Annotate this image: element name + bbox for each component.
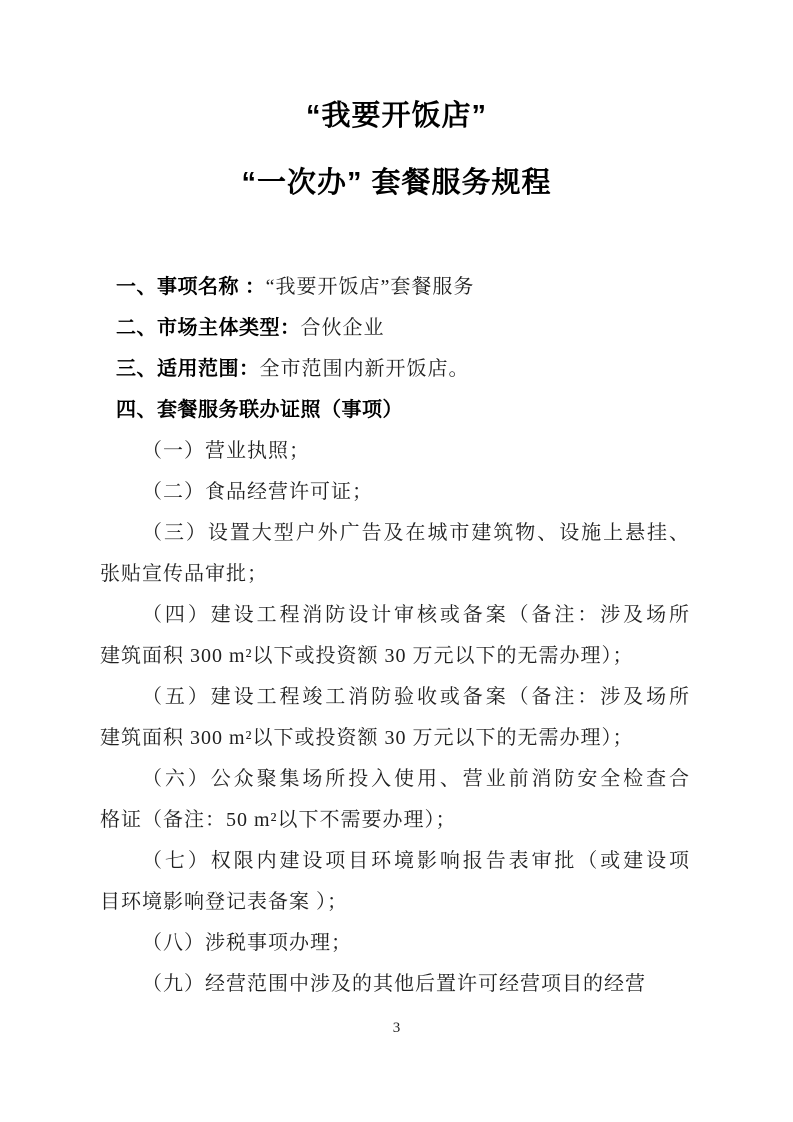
title-line-1: “我要开饭店”	[0, 83, 793, 150]
list-item: （一）营业执照；	[100, 431, 690, 472]
heading-value: 合伙企业	[301, 317, 385, 339]
item-line: （八）涉税事项办理；	[100, 923, 690, 964]
document-page: “我要开饭店” “一次办” 套餐服务规程 一、事项名称 ：“我要开饭店”套餐服务…	[0, 0, 793, 1122]
list-item: （七）权限内建设项目环境影响报告表审批（或建设项目环境影响登记表备案 ）；	[100, 841, 690, 923]
item-line: （七）权限内建设项目环境影响报告表审批（或建设项	[100, 841, 690, 882]
headings: 一、事项名称 ：“我要开饭店”套餐服务二、市场主体类型：合伙企业三、适用范围：全…	[100, 267, 690, 431]
item-line: （四）建设工程消防设计审核或备案（备注：涉及场所	[100, 595, 690, 636]
heading-label: 二、市场主体类型：	[116, 317, 301, 339]
item-line: 格证（备注：50 m²以下不需要办理）；	[100, 800, 690, 841]
section-heading: 一、事项名称 ：“我要开饭店”套餐服务	[100, 267, 690, 308]
list-item: （八）涉税事项办理；	[100, 923, 690, 964]
item-line: （九）经营范围中涉及的其他后置许可经营项目的经营	[100, 964, 690, 1005]
items-list: （一）营业执照；（二）食品经营许可证；（三）设置大型户外广告及在城市建筑物、设施…	[100, 431, 690, 1005]
list-item: （五）建设工程竣工消防验收或备案（备注：涉及场所建筑面积 300 m²以下或投资…	[100, 677, 690, 759]
item-line: 建筑面积 300 m²以下或投资额 30 万元以下的无需办理）；	[100, 718, 690, 759]
item-line: （三）设置大型户外广告及在城市建筑物、设施上悬挂、	[100, 513, 690, 554]
list-item: （二）食品经营许可证；	[100, 472, 690, 513]
item-line: （一）营业执照；	[100, 431, 690, 472]
item-line: （五）建设工程竣工消防验收或备案（备注：涉及场所	[100, 677, 690, 718]
item-line: （六）公众聚集场所投入使用、营业前消防安全检查合	[100, 759, 690, 800]
section-heading: 三、适用范围：全市范围内新开饭店。	[100, 349, 690, 390]
item-line: （二）食品经营许可证；	[100, 472, 690, 513]
section-heading: 四、套餐服务联办证照（事项）	[100, 390, 690, 431]
document-body: 一、事项名称 ：“我要开饭店”套餐服务二、市场主体类型：合伙企业三、适用范围：全…	[100, 267, 690, 1005]
section-heading: 二、市场主体类型：合伙企业	[100, 308, 690, 349]
heading-value: “我要开饭店”套餐服务	[266, 276, 475, 298]
item-line: 建筑面积 300 m²以下或投资额 30 万元以下的无需办理）；	[100, 636, 690, 677]
item-line: 张贴宣传品审批；	[100, 554, 690, 595]
list-item: （六）公众聚集场所投入使用、营业前消防安全检查合格证（备注：50 m²以下不需要…	[100, 759, 690, 841]
title-line-2: “一次办” 套餐服务规程	[0, 150, 793, 217]
item-line: 目环境影响登记表备案 ）；	[100, 882, 690, 923]
list-item: （四）建设工程消防设计审核或备案（备注：涉及场所建筑面积 300 m²以下或投资…	[100, 595, 690, 677]
list-item: （九）经营范围中涉及的其他后置许可经营项目的经营	[100, 964, 690, 1005]
heading-label: 一、事项名称 ：	[116, 276, 266, 298]
document-title: “我要开饭店” “一次办” 套餐服务规程	[0, 83, 793, 217]
list-item: （三）设置大型户外广告及在城市建筑物、设施上悬挂、张贴宣传品审批；	[100, 513, 690, 595]
heading-label: 四、套餐服务联办证照（事项）	[116, 399, 403, 421]
heading-label: 三、适用范围：	[116, 358, 260, 380]
page-number: 3	[0, 1018, 793, 1038]
heading-value: 全市范围内新开饭店。	[260, 358, 470, 380]
